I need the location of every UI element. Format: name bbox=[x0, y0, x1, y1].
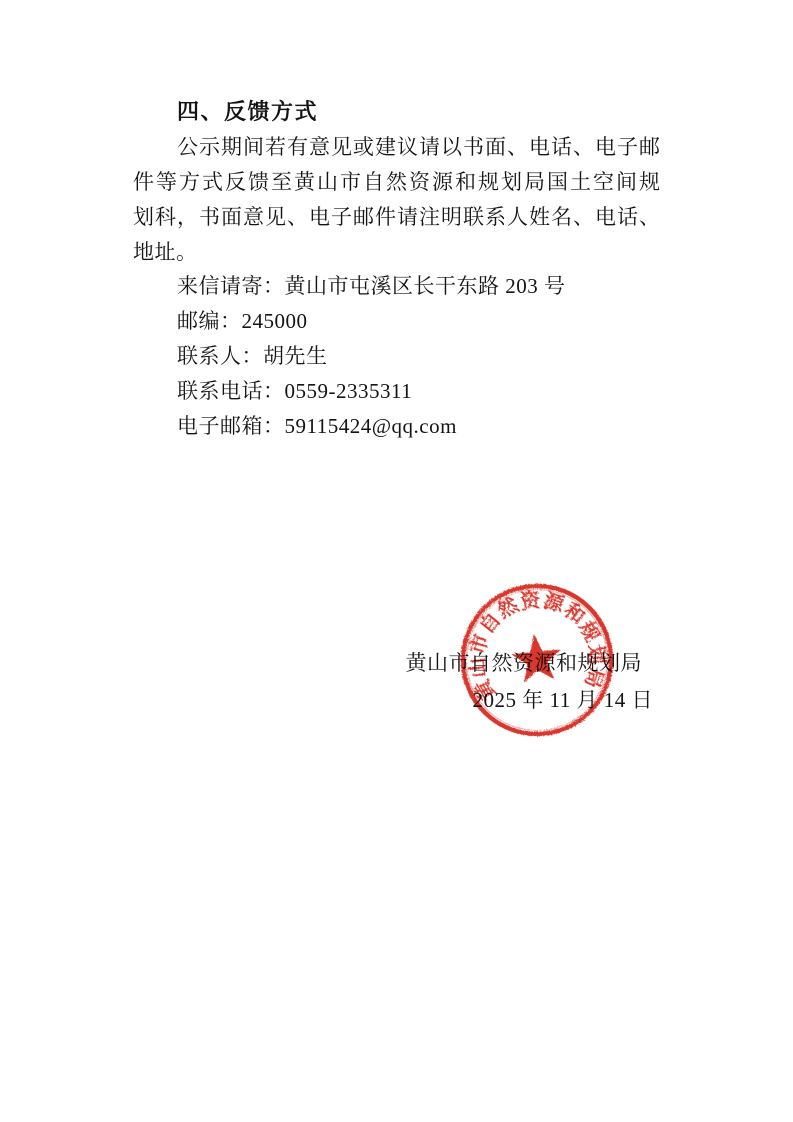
section-heading-text: 四、反馈方式 bbox=[177, 99, 318, 124]
contact-line-contact-person: 联系人：胡先生 bbox=[133, 339, 660, 374]
contact-line-phone: 联系电话：0559-2335311 bbox=[133, 374, 660, 409]
contact-line-mailing-address: 来信请寄：黄山市屯溪区长干东路 203 号 bbox=[133, 269, 660, 304]
signature-agency: 黄山市自然资源和规划局 bbox=[406, 645, 654, 682]
page: 四、反馈方式 公示期间若有意见或建议请以书面、电话、电子邮 件等方式反馈至黄山市… bbox=[0, 0, 793, 1122]
paragraph-line-2: 件等方式反馈至黄山市自然资源和规划局国土空间规 bbox=[133, 165, 660, 200]
document-page: { "document": { "heading": "四、反馈方式", "pa… bbox=[0, 0, 793, 1122]
section-heading: 四、反馈方式 bbox=[133, 95, 660, 130]
contact-line-postal-code: 邮编：245000 bbox=[133, 304, 660, 339]
feedback-section: 四、反馈方式 公示期间若有意见或建议请以书面、电话、电子邮 件等方式反馈至黄山市… bbox=[133, 95, 660, 444]
contact-line-email: 电子邮箱：59115424@qq.com bbox=[133, 409, 660, 444]
signature-date: 2025 年 11 月 14 日 bbox=[406, 682, 654, 719]
paragraph-line-4: 地址。 bbox=[133, 235, 660, 270]
paragraph-line-1: 公示期间若有意见或建议请以书面、电话、电子邮 bbox=[133, 130, 660, 165]
paragraph-line-3: 划科，书面意见、电子邮件请注明联系人姓名、电话、 bbox=[133, 200, 660, 235]
signature-block: 黄山市自然资源和规划局 2025 年 11 月 14 日 bbox=[406, 645, 654, 719]
